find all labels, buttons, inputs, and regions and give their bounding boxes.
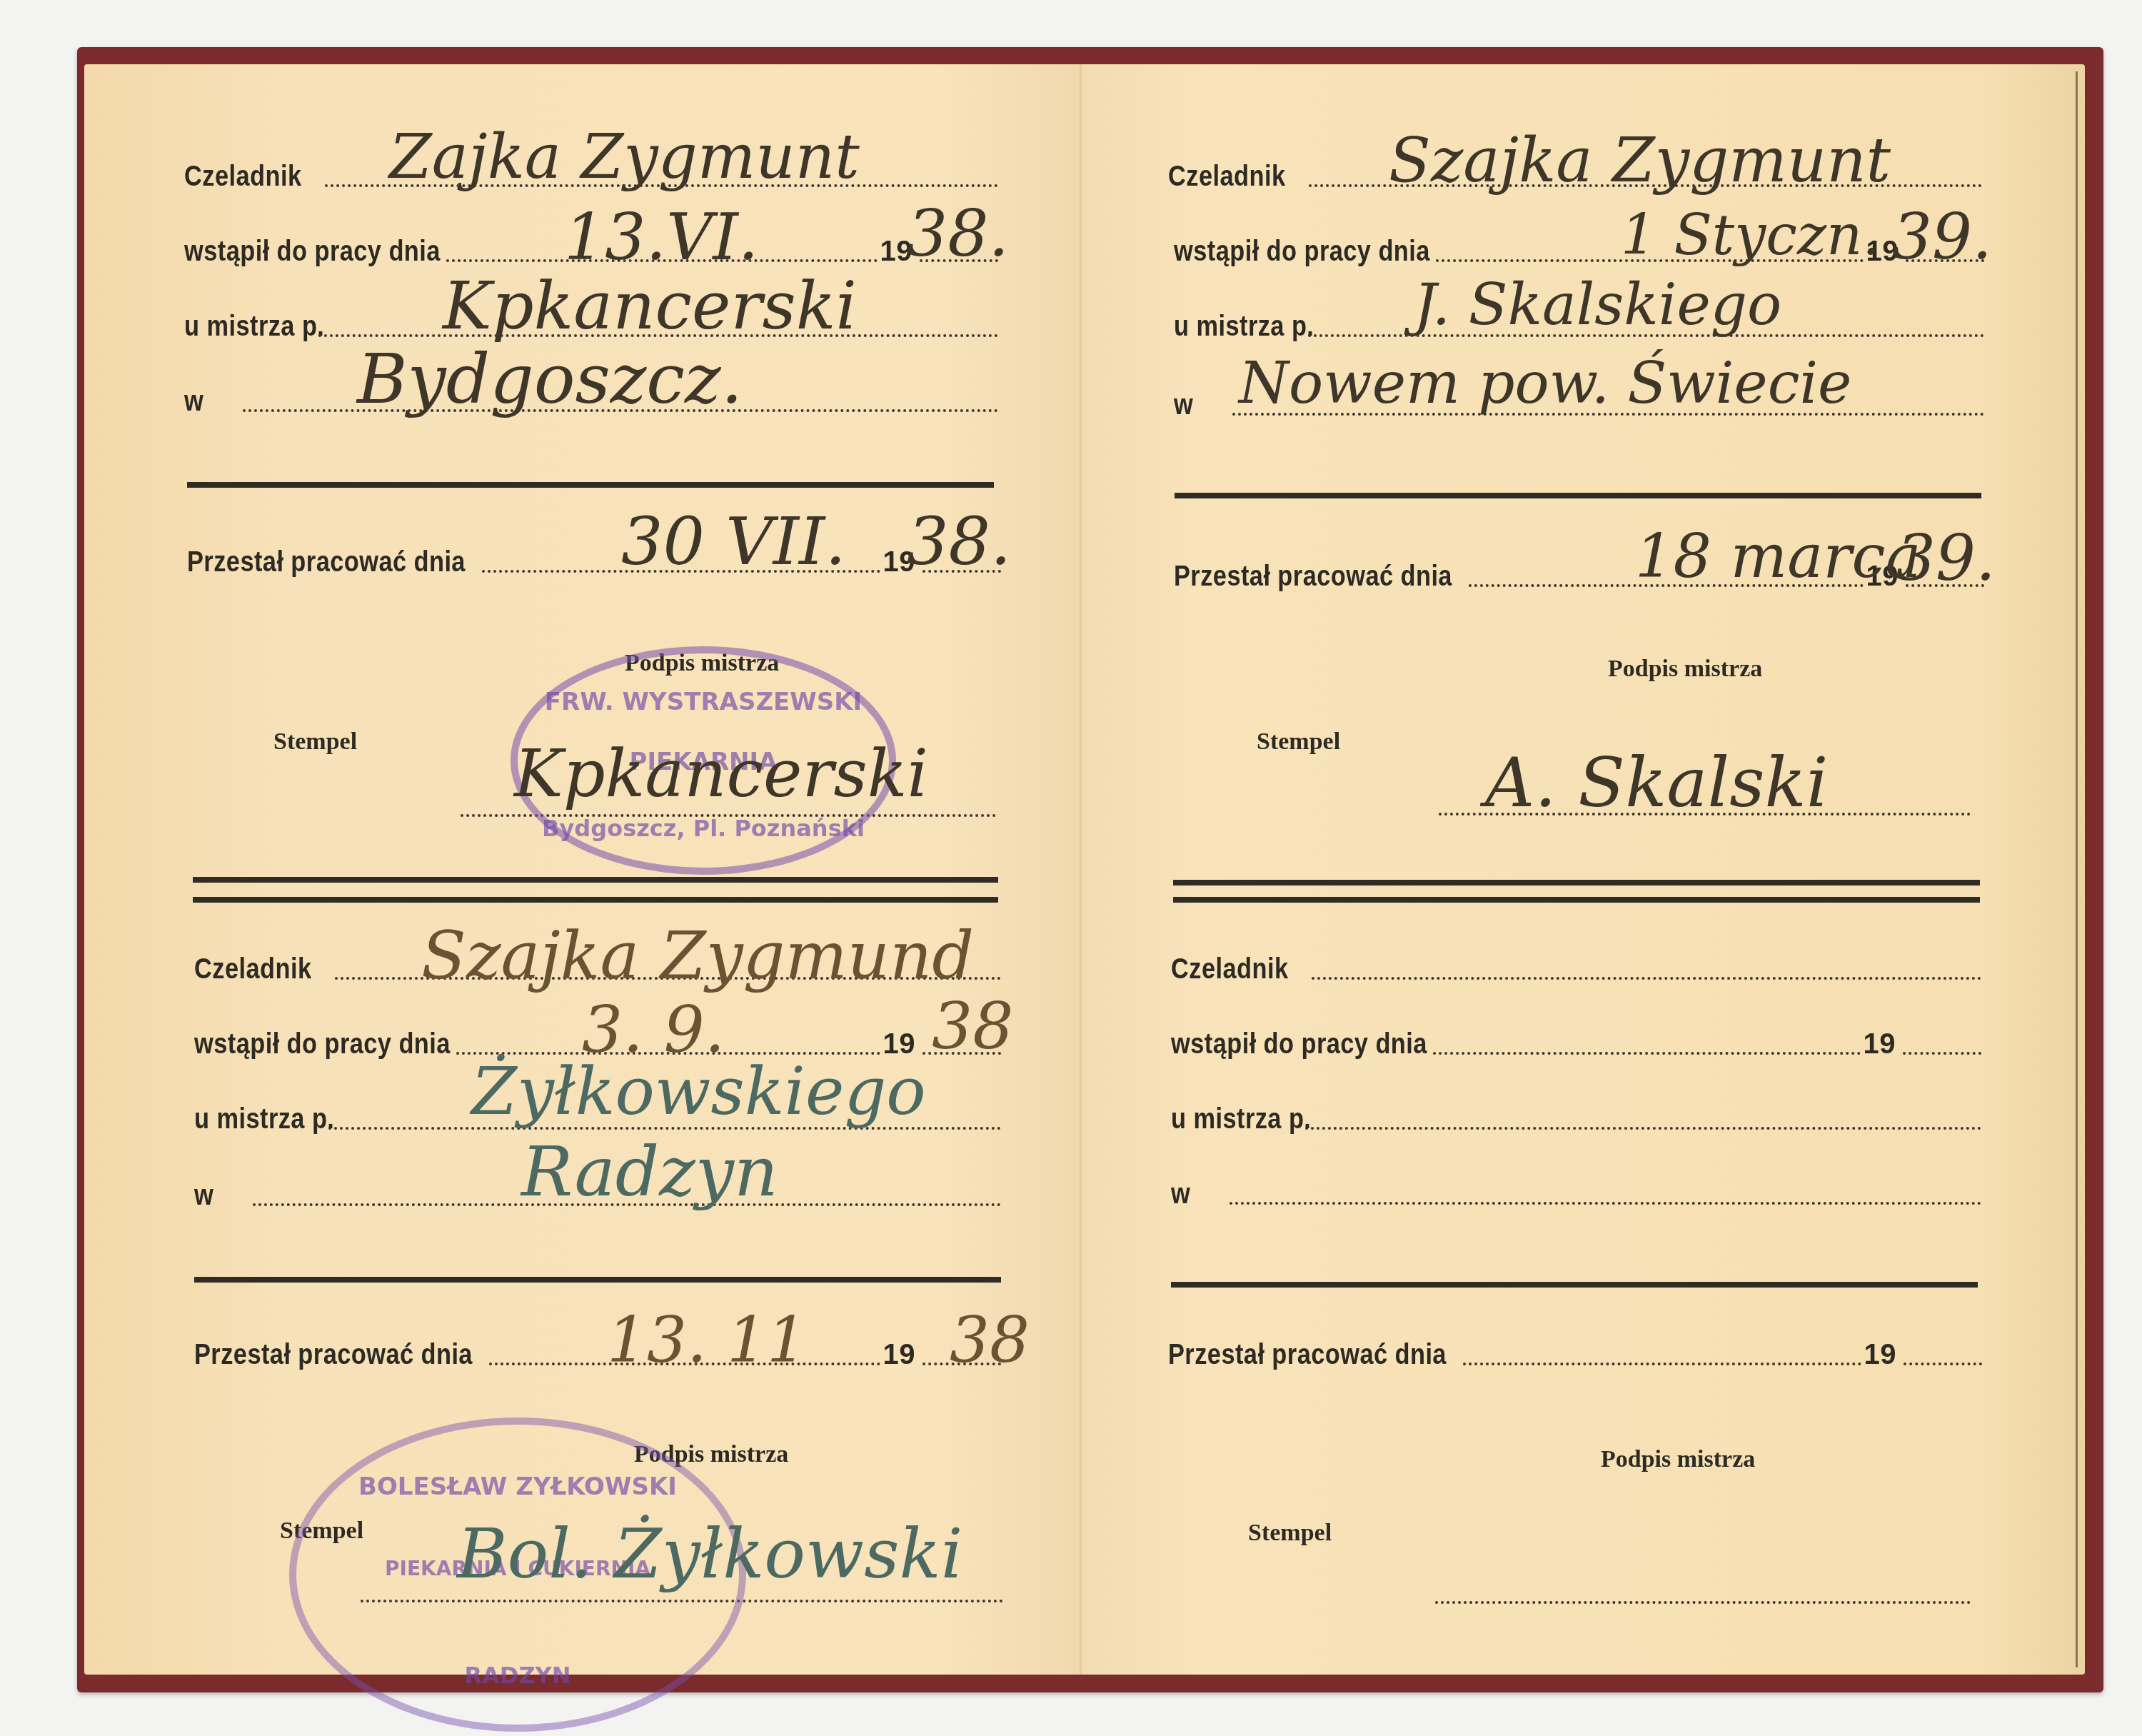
section-divider [187,482,994,488]
signature-line[interactable] [1435,1601,1971,1604]
master-line [1308,334,1984,337]
master-line [318,334,998,337]
place-line [243,409,998,412]
end-date-field[interactable]: Przestał pracować dnia 19 [1168,1339,1982,1371]
end-date-label: Przestał pracować dnia [1168,1339,1447,1371]
end-date-label: Przestał pracować dnia [187,546,466,578]
stamp-line-2: PIEKARNIA [518,748,889,776]
stamp-label: Stempel [273,728,357,756]
czeladnik-field[interactable]: Czeladnik [1171,953,1981,985]
section-divider [1171,1282,1978,1288]
year-prefix: 19 [883,546,916,578]
master-label: u mistrza p. [1174,311,1314,343]
right-page [1085,64,2085,1675]
start-date-label: wstąpił do pracy dnia [1174,236,1430,268]
end-date-field: Przestał pracować dnia 19 [194,1339,1001,1371]
end-date-label: Przestał pracować dnia [1174,561,1452,593]
stamp-line-3: Bydgoszcz, Pl. Poznański [518,815,889,842]
year-prefix: 19 [1866,236,1899,268]
start-date-label: wstąpił do pracy dnia [194,1028,451,1060]
master-field: u mistrza p. [1174,311,1984,343]
master-label: u mistrza p. [1171,1103,1311,1135]
place-line[interactable] [1230,1202,1981,1205]
year-line [1906,259,1984,262]
start-date-line[interactable] [1433,1052,1860,1055]
bakery-stamp: FRW. WYSTRASZEWSKI PIEKARNIA Bydgoszcz, … [511,646,896,875]
master-signature-label: Podpis mistrza [1608,656,1762,683]
czeladnik-field: Czeladnik [1168,161,1982,193]
double-rule-top [1173,880,1980,885]
stamp-label: Stempel [1257,728,1340,756]
master-label: u mistrza p. [184,311,324,343]
master-signature-label: Podpis mistrza [1601,1446,1755,1473]
place-label: w [194,1180,213,1212]
place-label: w [184,386,203,418]
year-line [922,570,1001,573]
place-field: w [194,1180,1001,1212]
czeladnik-line [1309,184,1982,187]
czeladnik-field: Czeladnik [184,161,998,193]
year-prefix: 19 [1866,561,1899,593]
czeladnik-line [325,184,998,187]
double-rule-top [193,877,998,883]
start-date-label: wstąpił do pracy dnia [1171,1028,1427,1060]
end-date-field: Przestał pracować dnia 19 [1174,561,1984,593]
end-date-label: Przestał pracować dnia [194,1339,473,1371]
master-line[interactable] [1305,1127,1981,1130]
start-date-line [456,1052,880,1055]
end-date-line[interactable] [1463,1363,1861,1365]
year-prefix: 19 [1864,1339,1897,1371]
stamp-line-3: RADZYN [296,1662,739,1689]
start-date-field: wstąpił do pracy dnia 19 [194,1028,1001,1060]
start-date-field: wstąpił do pracy dnia 19 [1174,236,1984,268]
stamp-line-1: FRW. WYSTRASZEWSKI [518,688,889,716]
start-date-line [1436,259,1863,262]
place-line [1232,413,1984,416]
master-field: u mistrza p. [194,1103,1001,1135]
stamp-line-1: BOLESŁAW ZYŁKOWSKI [296,1472,739,1501]
czeladnik-label: Czeladnik [1168,161,1285,193]
start-date-field[interactable]: wstąpił do pracy dnia 19 [1171,1028,1981,1060]
end-date-line [1469,584,1863,587]
place-field: w [184,386,998,418]
year-line [922,1363,1001,1365]
year-line[interactable] [1904,1363,1982,1365]
czeladnik-label: Czeladnik [184,161,301,193]
year-prefix: 19 [883,1339,916,1371]
czeladnik-label: Czeladnik [1171,953,1288,985]
section-divider [194,1277,1001,1283]
year-prefix: 19 [880,236,913,268]
end-date-field: Przestał pracować dnia 19 [187,546,1001,578]
start-date-field: wstąpił do pracy dnia 19 [184,236,998,268]
bakery-stamp: BOLESŁAW ZYŁKOWSKI PIEKARNIA I CUKIERNIA… [289,1418,746,1732]
start-date-line [446,259,877,262]
place-label: w [1171,1178,1190,1210]
year-line [922,1052,1001,1055]
master-field: u mistrza p. [184,311,998,343]
czeladnik-line [335,977,1001,980]
place-field: w [1174,389,1984,421]
czeladnik-label: Czeladnik [194,953,311,985]
section-divider [1175,493,1981,498]
end-date-line [482,570,880,573]
master-field[interactable]: u mistrza p. [1171,1103,1981,1135]
double-rule-bottom [193,897,998,903]
end-date-line [489,1363,880,1365]
place-label: w [1174,389,1193,421]
czeladnik-field: Czeladnik [194,953,1001,985]
stamp-line-2: PIEKARNIA I CUKIERNIA [296,1557,739,1580]
master-line [328,1127,1001,1130]
year-prefix: 19 [1864,1028,1896,1060]
stamp-label: Stempel [1248,1520,1332,1547]
year-prefix: 19 [883,1028,916,1060]
place-line [253,1203,1001,1206]
czeladnik-line[interactable] [1312,977,1981,980]
double-rule-bottom [1173,897,1980,903]
year-line [1906,584,1984,587]
year-line [920,259,998,262]
place-field[interactable]: w [1171,1178,1981,1210]
master-label: u mistrza p. [194,1103,334,1135]
start-date-label: wstąpił do pracy dnia [184,236,441,268]
year-line[interactable] [1903,1052,1981,1055]
signature-line [1439,813,1971,816]
